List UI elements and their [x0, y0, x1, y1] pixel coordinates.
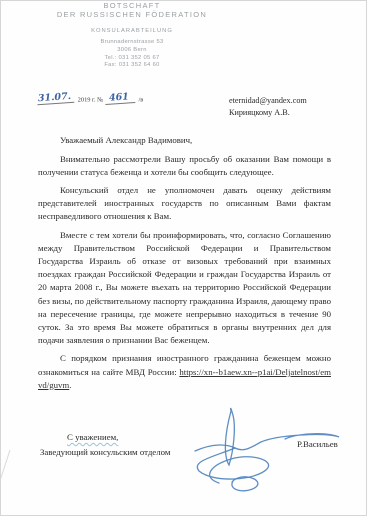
paragraph-4: С порядком признания иностранного гражда…: [38, 352, 331, 391]
letter-body: Уважаемый Александр Вадимович, Вниматель…: [38, 134, 331, 397]
letterhead-tel: Tel.: 031 352 05 67: [1, 55, 263, 63]
salutation: Уважаемый Александр Вадимович,: [38, 134, 331, 147]
signer-name: Р.Васильев: [297, 439, 338, 449]
paragraph-2: Консульский отдел не уполномочен давать …: [38, 184, 331, 223]
embassy-name-line1: BOTSCHAFT: [1, 1, 263, 10]
paragraph-1: Внимательно рассмотрели Вашу просьбу об …: [38, 153, 331, 179]
link-paragraph-period: .: [69, 380, 71, 390]
recipient-email: eternidad@yandex.com: [229, 95, 307, 107]
scan-crease-artifact: [0, 450, 10, 490]
consular-department: KONSULARABTEILUNG: [1, 28, 263, 35]
year-number-label: 2019 г. №: [78, 97, 104, 104]
letterhead-street: Brunnadernstrasse 53: [1, 39, 263, 47]
handwritten-date: 31.07.: [37, 92, 75, 105]
recipient-block: eternidad@yandex.com Кирияцкому А.В.: [229, 95, 307, 119]
embassy-name-line2: DER RUSSISCHEN FÖDERATION: [1, 10, 263, 19]
handwritten-number: 461: [105, 92, 136, 105]
closing-phrase: С уважением,: [67, 432, 118, 442]
recipient-name: Кирияцкому А.В.: [229, 107, 307, 119]
signer-title: Заведующий консульским отделом: [40, 447, 170, 457]
paragraph-3: Вместе с тем хотели бы проинформировать,…: [38, 229, 331, 347]
letterhead: BOTSCHAFT DER RUSSISCHEN FÖDERATION KONS…: [1, 1, 263, 70]
reference-line: 31.07. 2019 г. № 461 /в: [37, 93, 143, 104]
letterhead-city: 3006 Bern: [1, 47, 263, 55]
scanned-letter-page: BOTSCHAFT DER RUSSISCHEN FÖDERATION KONS…: [0, 0, 367, 516]
reference-suffix: /в: [138, 97, 143, 104]
letterhead-fax: Fax: 031 352 64 60: [1, 62, 263, 70]
